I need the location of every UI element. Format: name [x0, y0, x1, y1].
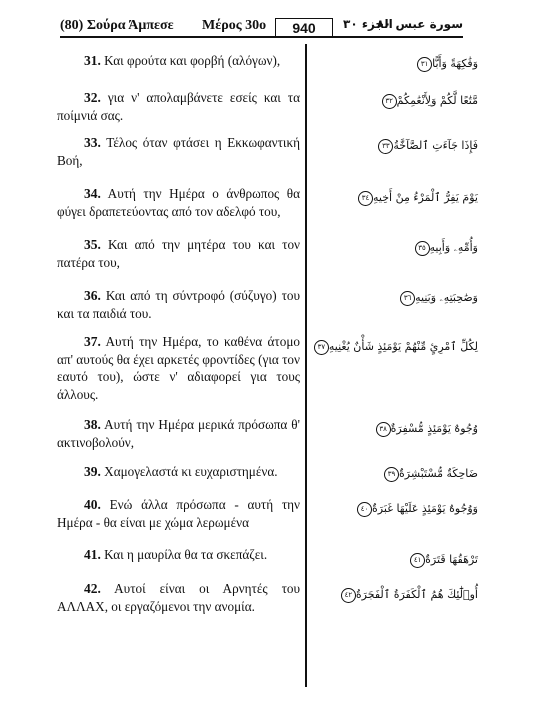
verse-number: 39. — [84, 464, 101, 479]
verse-text-arabic: يَوْمَ يَفِرُّ ٱلْمَرْءُ مِنْ أَخِيهِ — [373, 191, 478, 204]
verse-arabic: مَّتَٰعًا لَّكُمْ وَلِأَنْعَٰمِكُمْ٣٢ — [380, 93, 478, 109]
verse-text-arabic: مَّتَٰعًا لَّكُمْ وَلِأَنْعَٰمِكُمْ — [397, 94, 478, 107]
verse-text-greek: Και η μαυρίλα θα τα σκεπάζει. — [104, 547, 267, 562]
verse-arabic: لِكُلِّ ٱمْرِئٍ مِّنْهُمْ يَوْمَئِذٍ شَأ… — [312, 339, 478, 355]
ayah-number-icon: ٣٧ — [314, 340, 329, 355]
verse-arabic: وَوُجُوهٌ يَوْمَئِذٍ عَلَيْهَا غَبَرَةٌ٤… — [355, 501, 478, 517]
verse-greek: 42. Αυτοί είναι οι Αρνητές του ΑΛΛΑΧ, οι… — [57, 580, 300, 615]
surah-title-arabic: سورة عبس ٨٠ — [377, 17, 463, 31]
verse-arabic: أُو۟لَٰٓئِكَ هُمُ ٱلْكَفَرَةُ ٱلْفَجَرَة… — [339, 587, 478, 603]
verse-greek: 39. Χαμογελαστά κι ευχαριστημένα. — [57, 463, 300, 481]
surah-title-greek: (80) Σούρα Άμπεσε — [60, 18, 174, 34]
verse-number: 40. — [84, 497, 101, 512]
verse-number: 42. — [84, 581, 101, 596]
ayah-number-icon: ٤١ — [410, 553, 425, 568]
verse-arabic: فَإِذَا جَآءَتِ ٱلصَّآخَّةُ٣٣ — [376, 138, 478, 154]
verse-arabic: وَفَٰكِهَةً وَأَبًّا٣١ — [415, 56, 478, 72]
verse-number: 41. — [84, 547, 101, 562]
ayah-number-icon: ٣٣ — [378, 139, 393, 154]
ayah-number-icon: ٣٤ — [358, 191, 373, 206]
verse-greek: 32. για ν' απολαμβάνετε εσείς και τα ποί… — [57, 89, 300, 124]
verse-text-arabic: أُو۟لَٰٓئِكَ هُمُ ٱلْكَفَرَةُ ٱلْفَجَرَة… — [356, 588, 478, 601]
verse-text-arabic: فَإِذَا جَآءَتِ ٱلصَّآخَّةُ — [393, 139, 478, 152]
ayah-number-icon: ٤٠ — [357, 502, 372, 517]
page-number-box: 940 — [275, 18, 333, 37]
verse-greek: 31. Και φρούτα και φορβή (αλόγων), — [57, 52, 300, 70]
verse-number: 35. — [84, 237, 101, 252]
verse-text-arabic: لِكُلِّ ٱمْرِئٍ مِّنْهُمْ يَوْمَئِذٍ شَأ… — [329, 340, 478, 353]
ayah-number-icon: ٣٩ — [384, 467, 399, 482]
verse-number: 34. — [84, 186, 101, 201]
verse-text-greek: Χαμογελαστά κι ευχαριστημένα. — [104, 464, 277, 479]
verse-greek: 41. Και η μαυρίλα θα τα σκεπάζει. — [57, 546, 300, 564]
verse-arabic: يَوْمَ يَفِرُّ ٱلْمَرْءُ مِنْ أَخِيهِ٣٤ — [356, 190, 478, 206]
verse-text-arabic: وَصَٰحِبَتِهِۦ وَبَنِيهِ — [415, 291, 478, 304]
verse-greek: 40. Ενώ άλλα πρόσωπα - αυτή την Ημέρα - … — [57, 496, 300, 531]
verse-text-arabic: وَفَٰكِهَةً وَأَبًّا — [432, 57, 478, 70]
verse-text-arabic: وَوُجُوهٌ يَوْمَئِذٍ عَلَيْهَا غَبَرَةٌ — [372, 502, 478, 515]
verse-text-arabic: وَأُمِّهِۦ وَأَبِيهِ — [430, 241, 478, 254]
verse-arabic: تَرْهَقُهَا قَتَرَةٌ٤١ — [408, 552, 478, 568]
verse-greek: 37. Αυτή την Ημέρα, το καθένα άτομο απ' … — [57, 333, 300, 403]
ayah-number-icon: ٣٥ — [415, 241, 430, 256]
ayah-number-icon: ٣١ — [417, 57, 432, 72]
verse-number: 37. — [84, 334, 101, 349]
ayah-number-icon: ٤٢ — [341, 588, 356, 603]
verse-text-arabic: تَرْهَقُهَا قَتَرَةٌ — [425, 553, 478, 566]
page-header: (80) Σούρα Άμπεσε Μέρος 30ο 940 الجزء ٣٠… — [60, 16, 463, 38]
verse-arabic: وُجُوهٌ يَوْمَئِذٍ مُّسْفِرَةٌ٣٨ — [374, 421, 478, 437]
verse-greek: 36. Και από τη σύντροφό (σύζυγο) του και… — [57, 287, 300, 322]
part-label-greek: Μέρος 30ο — [202, 18, 266, 34]
verse-greek: 38. Αυτή την Ημέρα μερικά πρόσωπα θ' ακτ… — [57, 416, 300, 451]
verse-number: 38. — [84, 417, 101, 432]
verse-arabic: ضَاحِكَةٌ مُّسْتَبْشِرَةٌ٣٩ — [382, 466, 478, 482]
verse-greek: 35. Και από την μητέρα του και τον πατέρ… — [57, 236, 300, 271]
verse-number: 33. — [84, 135, 101, 150]
verse-arabic: وَصَٰحِبَتِهِۦ وَبَنِيهِ٣٦ — [398, 290, 478, 306]
verse-number: 32. — [84, 90, 101, 105]
ayah-number-icon: ٣٨ — [376, 422, 391, 437]
verse-number: 31. — [84, 53, 101, 68]
verse-greek: 34. Αυτή την Ημέρα ο άνθρωπος θα φύγει δ… — [57, 185, 300, 220]
verse-greek: 33. Τέλος όταν φτάσει η Εκκωφαντική Βοή, — [57, 134, 300, 169]
verse-text-greek: Και φρούτα και φορβή (αλόγων), — [104, 53, 280, 68]
column-divider — [305, 44, 307, 687]
ayah-number-icon: ٣٦ — [400, 291, 415, 306]
verse-arabic: وَأُمِّهِۦ وَأَبِيهِ٣٥ — [413, 240, 478, 256]
verse-number: 36. — [84, 288, 101, 303]
verse-text-arabic: ضَاحِكَةٌ مُّسْتَبْشِرَةٌ — [399, 467, 478, 480]
verse-text-arabic: وُجُوهٌ يَوْمَئِذٍ مُّسْفِرَةٌ — [391, 422, 478, 435]
ayah-number-icon: ٣٢ — [382, 94, 397, 109]
